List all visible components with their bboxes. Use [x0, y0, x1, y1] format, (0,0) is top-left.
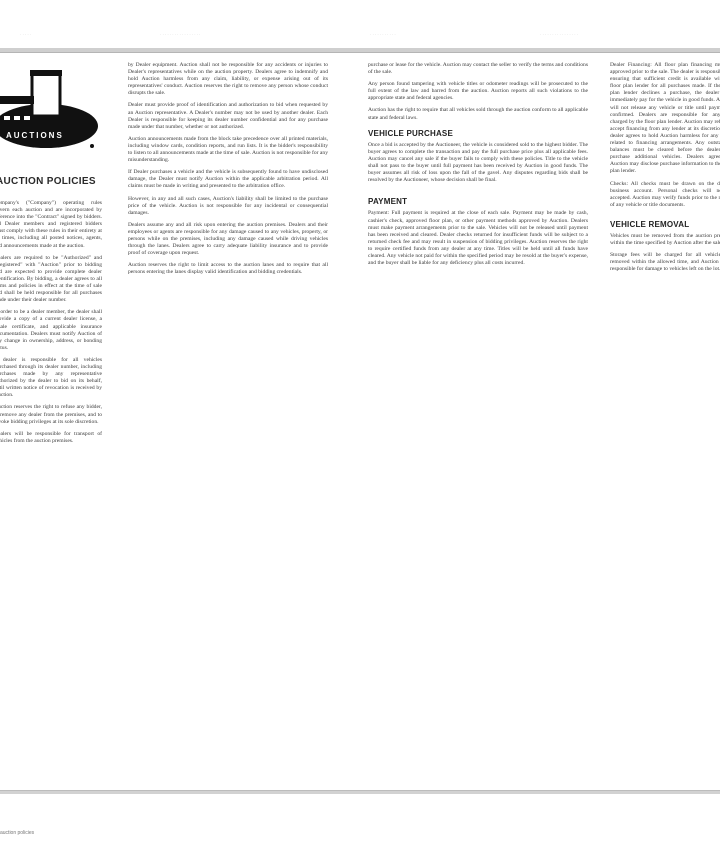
paragraph: Vehicles must be removed from the auctio… — [610, 233, 720, 247]
header-faint-text: · · · · · · · · · · · · · · · · · — [160, 32, 340, 42]
vehicle-purchase-heading: VEHICLE PURCHASE — [368, 130, 588, 137]
paragraph: Checks: All checks must be drawn on the … — [610, 181, 720, 209]
page-footer: auction policies — [0, 830, 34, 836]
top-rule — [0, 48, 720, 53]
paragraph: Dealers will be responsible for transpor… — [0, 431, 102, 445]
paragraph: Auction reserves the right to limit acce… — [128, 262, 328, 276]
paragraph: A dealer is responsible for all vehicles… — [0, 357, 102, 400]
paragraph: However, in any and all such cases, Auct… — [128, 196, 328, 217]
paragraph: Dealer Financing: All floor plan financi… — [610, 62, 720, 176]
column-3: purchase or lease for the vehicle. Aucti… — [368, 62, 588, 272]
paragraph: Auction announcements made from the bloc… — [128, 136, 328, 164]
paragraph: by Dealer equipment. Auction shall not b… — [128, 62, 328, 97]
paragraph: Dealers are required to be "Authorized" … — [0, 255, 102, 305]
paragraph: Storage fees will be charged for all veh… — [610, 252, 720, 273]
column-4: Dealer Financing: All floor plan financi… — [610, 62, 720, 278]
paragraph: Auction has the right to require that al… — [368, 107, 588, 121]
header-faint-text: · · · · · · · · · · · · · · · · — [540, 32, 720, 42]
svg-text:AUCTIONS: AUCTIONS — [6, 131, 64, 140]
paragraph: Dealers assume any and all risk upon ent… — [128, 222, 328, 257]
paragraph: Once a bid is accepted by the Auctioneer… — [368, 142, 588, 185]
paragraph: Auction reserves the right to refuse any… — [0, 404, 102, 425]
column-2: by Dealer equipment. Auction shall not b… — [128, 62, 328, 281]
paragraph: In order to be a dealer member, the deal… — [0, 309, 102, 352]
header-faint-text: · · · · · — [20, 32, 80, 42]
vehicle-removal-heading: VEHICLE REMOVAL — [610, 221, 720, 228]
column-1: Company's ("Company") operating rules go… — [0, 200, 102, 450]
section-title: AUCTION POLICIES — [0, 176, 96, 187]
paragraph: purchase or lease for the vehicle. Aucti… — [368, 62, 588, 76]
bottom-rule — [0, 790, 720, 794]
paragraph: Company's ("Company") operating rules go… — [0, 200, 102, 250]
header-faint-text: · · · · · · · · · · · — [370, 32, 510, 42]
paragraph: If Dealer purchases a vehicle and the ve… — [128, 169, 328, 190]
paragraph: Dealer must provide proof of identificat… — [128, 102, 328, 130]
payment-heading: PAYMENT — [368, 198, 588, 205]
paragraph: Any person found tampering with vehicle … — [368, 81, 588, 102]
auction-logo-icon: AUCTIONS — [0, 66, 104, 158]
paragraph: Payment: Full payment is required at the… — [368, 210, 588, 267]
